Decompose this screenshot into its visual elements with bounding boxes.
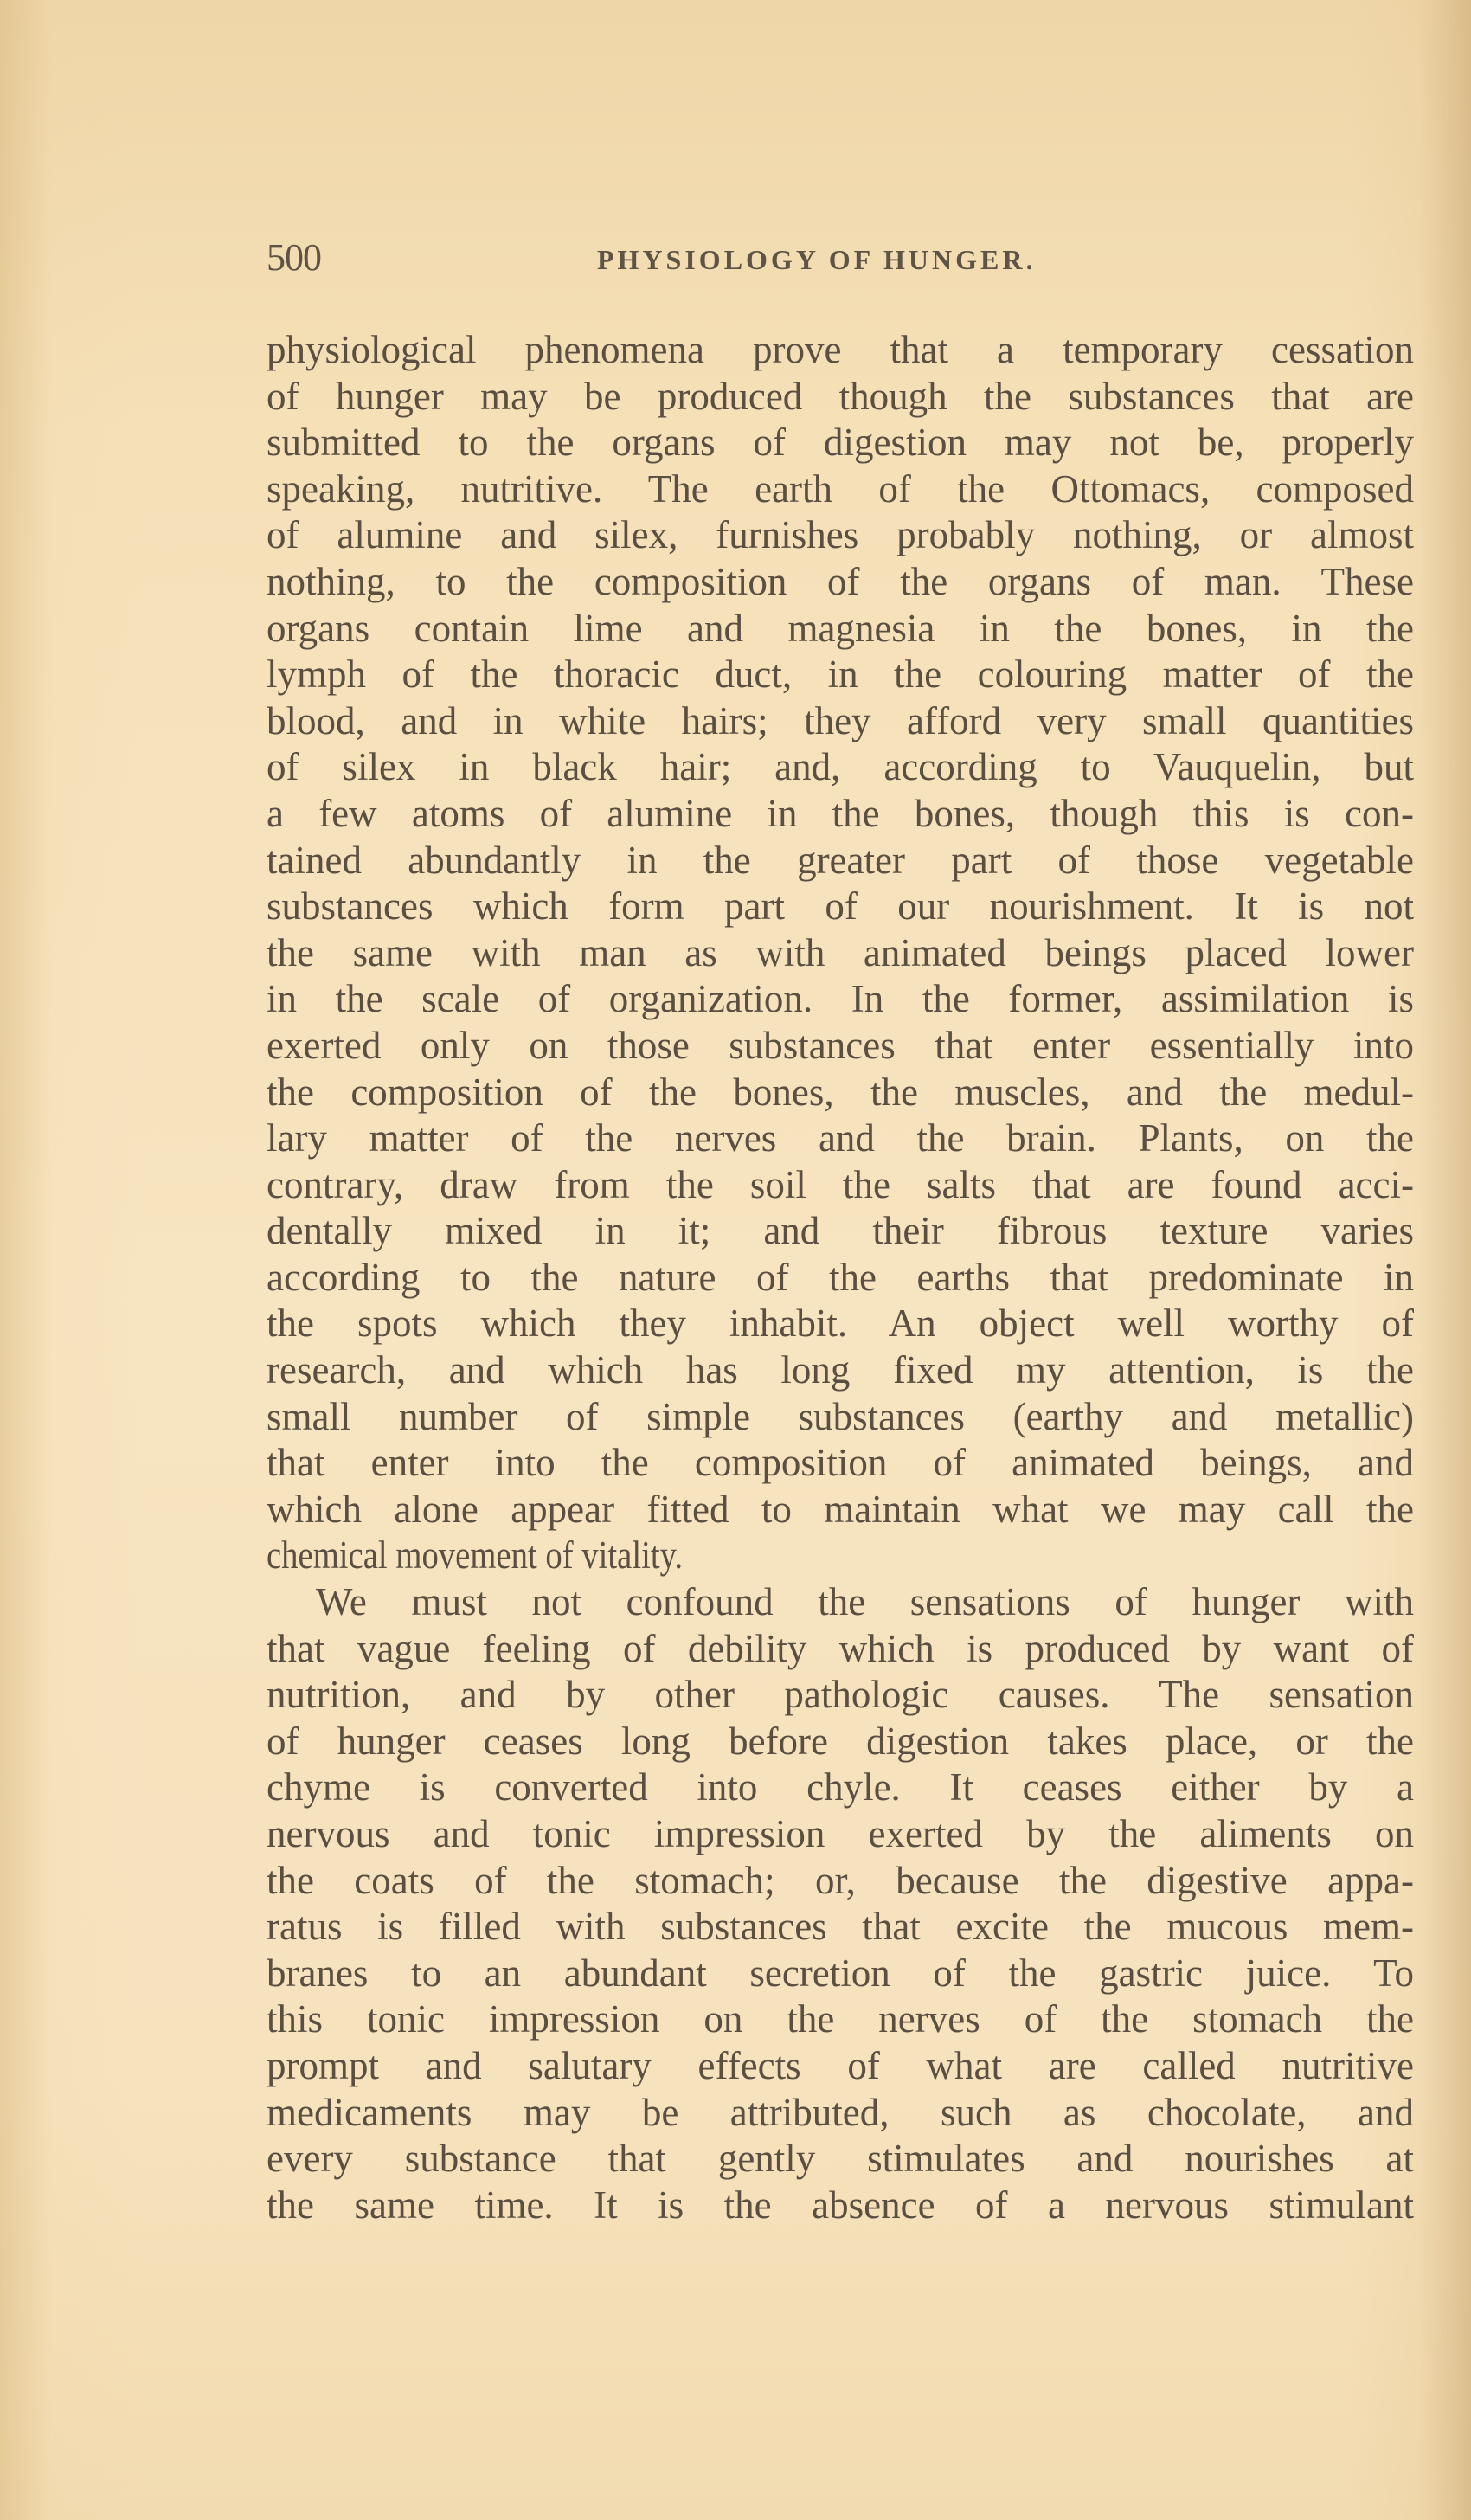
- text-line: exerted only on those substances that en…: [267, 1023, 1414, 1070]
- text-line-content: exerted only on those substances that en…: [267, 1023, 1414, 1070]
- text-line: lary matter of the nerves and the brain.…: [267, 1115, 1414, 1162]
- text-line-content: lymph of the thoracic duct, in the colou…: [267, 652, 1414, 698]
- text-line-content: ratus is filled with substances that exc…: [267, 1904, 1414, 1951]
- text-line: the same time. It is the absence of a ne…: [267, 2182, 1414, 2229]
- text-line-content: that enter into the composition of anima…: [267, 1440, 1414, 1487]
- text-line: prompt and salutary effects of what are …: [267, 2043, 1414, 2090]
- text-line: lymph of the thoracic duct, in the colou…: [267, 652, 1414, 698]
- text-line-content: blood, and in white hairs; they afford v…: [267, 698, 1414, 745]
- text-line: substances which form part of our nouris…: [267, 884, 1414, 930]
- text-line: of hunger ceases long before digestion t…: [267, 1719, 1414, 1765]
- text-line: tained abundantly in the greater part of…: [267, 838, 1414, 884]
- text-line-content: which alone appear fitted to maintain wh…: [267, 1487, 1414, 1533]
- text-line-content: branes to an abundant secretion of the g…: [267, 1951, 1414, 1997]
- running-title: PHYSIOLOGY OF HUNGER.: [597, 241, 1036, 279]
- text-line: that enter into the composition of anima…: [267, 1440, 1414, 1487]
- text-line: which alone appear fitted to maintain wh…: [267, 1487, 1414, 1533]
- text-line-content: of alumine and silex, furnishes probably…: [267, 512, 1414, 559]
- text-line: the same with man as with animated being…: [267, 930, 1414, 977]
- text-line: that vague feeling of debility which is …: [267, 1626, 1414, 1673]
- text-line-content: contrary, draw from the soil the salts t…: [267, 1162, 1414, 1209]
- text-line: blood, and in white hairs; they afford v…: [267, 698, 1414, 745]
- text-line: physiological phenomena prove that a tem…: [267, 327, 1414, 374]
- text-line: nutrition, and by other pathologic cause…: [267, 1672, 1414, 1719]
- text-line-content: We must not confound the sensations of h…: [316, 1579, 1414, 1626]
- text-line: research, and which has long fixed my at…: [267, 1347, 1414, 1394]
- text-line-content: dentally mixed in it; and their fibrous …: [267, 1208, 1414, 1255]
- text-line-content: the composition of the bones, the muscle…: [267, 1070, 1414, 1116]
- text-line-content: the spots which they inhabit. An object …: [267, 1301, 1414, 1347]
- text-line: organs contain lime and magnesia in the …: [267, 606, 1414, 652]
- text-line: chemical movement of vitality.: [267, 1533, 1414, 1579]
- text-line-content: physiological phenomena prove that a tem…: [267, 327, 1414, 374]
- text-line-content: of silex in black hair; and, according t…: [267, 744, 1414, 791]
- text-line-content: in the scale of organization. In the for…: [267, 976, 1414, 1023]
- text-line: We must not confound the sensations of h…: [267, 1579, 1414, 1626]
- text-line-content: nothing, to the composition of the organ…: [267, 559, 1414, 606]
- text-line: of hunger may be produced though the sub…: [267, 374, 1414, 421]
- text-line: this tonic impression on the nerves of t…: [267, 1996, 1414, 2043]
- text-line-content: medicaments may be attributed, such as c…: [267, 2090, 1414, 2137]
- text-line-content: this tonic impression on the nerves of t…: [267, 1996, 1414, 2043]
- text-line: nothing, to the composition of the organ…: [267, 559, 1414, 606]
- text-line-content: organs contain lime and magnesia in the …: [267, 606, 1414, 652]
- text-line: the composition of the bones, the muscle…: [267, 1070, 1414, 1116]
- text-line: of silex in black hair; and, according t…: [267, 744, 1414, 791]
- text-line-content: lary matter of the nerves and the brain.…: [267, 1115, 1414, 1162]
- text-line: the spots which they inhabit. An object …: [267, 1301, 1414, 1347]
- page-number: 500: [267, 235, 321, 280]
- text-line-content: submitted to the organs of digestion may…: [267, 420, 1414, 466]
- text-line: the coats of the stomach; or, because th…: [267, 1858, 1414, 1905]
- text-line: branes to an abundant secretion of the g…: [267, 1951, 1414, 1997]
- text-line-content: chemical movement of vitality.: [267, 1533, 683, 1579]
- body-text: physiological phenomena prove that a tem…: [267, 327, 1414, 2228]
- text-line-content: every substance that gently stimulates a…: [267, 2136, 1414, 2182]
- text-line: medicaments may be attributed, such as c…: [267, 2090, 1414, 2137]
- text-line-content: that vague feeling of debility which is …: [267, 1626, 1414, 1673]
- text-line: dentally mixed in it; and their fibrous …: [267, 1208, 1414, 1255]
- text-line-content: according to the nature of the earths th…: [267, 1255, 1414, 1302]
- text-line-content: the coats of the stomach; or, because th…: [267, 1858, 1414, 1905]
- text-line-content: of hunger may be produced though the sub…: [267, 374, 1414, 421]
- text-line-content: research, and which has long fixed my at…: [267, 1347, 1414, 1394]
- text-line: submitted to the organs of digestion may…: [267, 420, 1414, 466]
- text-line-content: the same with man as with animated being…: [267, 930, 1414, 977]
- text-line-content: small number of simple substances (earth…: [267, 1394, 1414, 1441]
- text-line: a few atoms of alumine in the bones, tho…: [267, 791, 1414, 838]
- text-line-content: tained abundantly in the greater part of…: [267, 838, 1414, 884]
- text-line-content: nervous and tonic impression exerted by …: [267, 1811, 1414, 1858]
- text-line-content: of hunger ceases long before digestion t…: [267, 1719, 1414, 1765]
- text-line: every substance that gently stimulates a…: [267, 2136, 1414, 2182]
- running-head: 500 PHYSIOLOGY OF HUNGER.: [267, 235, 1414, 280]
- text-line: in the scale of organization. In the for…: [267, 976, 1414, 1023]
- text-line: small number of simple substances (earth…: [267, 1394, 1414, 1441]
- text-line-content: a few atoms of alumine in the bones, tho…: [267, 791, 1414, 838]
- text-line: nervous and tonic impression exerted by …: [267, 1811, 1414, 1858]
- text-line-content: speaking, nutritive. The earth of the Ot…: [267, 466, 1414, 513]
- text-line-content: nutrition, and by other pathologic cause…: [267, 1672, 1414, 1719]
- text-line-content: chyme is converted into chyle. It ceases…: [267, 1765, 1414, 1811]
- text-line: of alumine and silex, furnishes probably…: [267, 512, 1414, 559]
- text-line: speaking, nutritive. The earth of the Ot…: [267, 466, 1414, 513]
- text-line: ratus is filled with substances that exc…: [267, 1904, 1414, 1951]
- text-line-content: the same time. It is the absence of a ne…: [267, 2182, 1414, 2229]
- text-line: contrary, draw from the soil the salts t…: [267, 1162, 1414, 1209]
- text-line-content: prompt and salutary effects of what are …: [267, 2043, 1414, 2090]
- text-line: chyme is converted into chyle. It ceases…: [267, 1765, 1414, 1811]
- text-line: according to the nature of the earths th…: [267, 1255, 1414, 1302]
- text-line-content: substances which form part of our nouris…: [267, 884, 1414, 930]
